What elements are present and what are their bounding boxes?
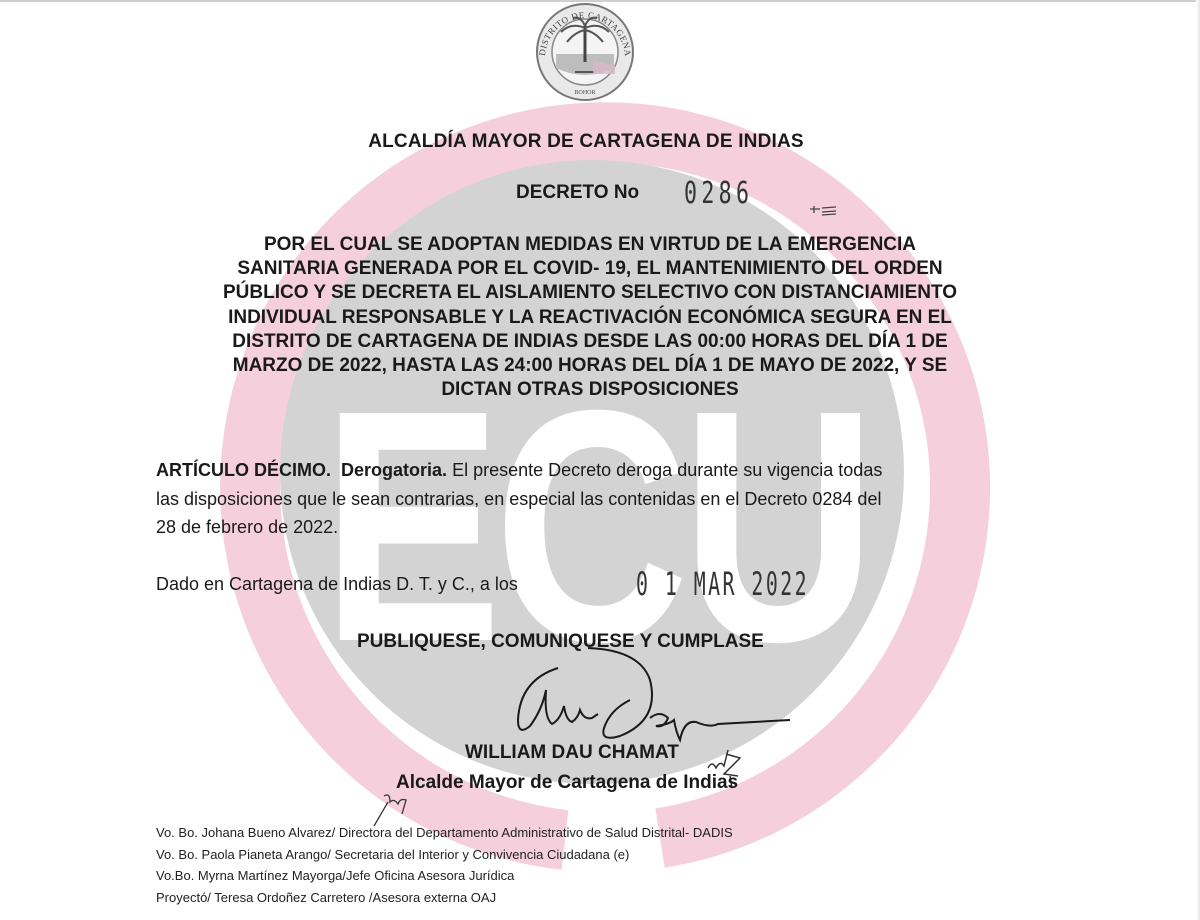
article-text: El presente Decreto deroga durante su vi…: [452, 460, 882, 480]
date-stamp: 0 1 MAR 2022: [636, 565, 809, 603]
article-decimo: ARTÍCULO DÉCIMO. Derogatoria. El present…: [156, 456, 1036, 542]
decree-subject: POR EL CUAL SE ADOPTAN MEDIDAS EN VIRTUD…: [160, 233, 1020, 402]
article-text: las disposiciones que le sean contrarias…: [156, 485, 1036, 514]
approval-line: Vo.Bo. Myrna Martínez Mayorga/Jefe Ofici…: [156, 865, 733, 887]
subject-line: PÚBLICO Y SE DECRETA EL AISLAMIENTO SELE…: [160, 281, 1020, 305]
signer-name: WILLIAM DAU CHAMAT: [465, 742, 679, 764]
article-text: 28 de febrero de 2022.: [156, 513, 1036, 542]
article-heading: ARTÍCULO DÉCIMO.: [156, 460, 331, 480]
subject-line: INDIVIDUAL RESPONSABLE Y LA REACTIVACIÓN…: [160, 306, 1020, 330]
page-right-edge: [1196, 0, 1200, 920]
organization-title: ALCALDÍA MAYOR DE CARTAGENA DE INDIAS: [0, 131, 1172, 153]
decree-number: 0286: [684, 176, 753, 211]
signer-title: Alcalde Mayor de Cartagena de Indias: [396, 772, 738, 794]
signature: [500, 640, 800, 750]
subject-line: MARZO DE 2022, HASTA LAS 24:00 HORAS DEL…: [160, 354, 1020, 378]
subject-line: SANITARIA GENERADA POR EL COVID- 19, EL …: [160, 257, 1020, 281]
decree-label: DECRETO No: [516, 182, 639, 204]
approval-line: Vo. Bo. Paola Pianeta Arango/ Secretaria…: [156, 844, 733, 866]
approval-line: Vo. Bo. Johana Bueno Alvarez/ Directora …: [156, 822, 733, 844]
approval-line: Proyectó/ Teresa Ordoñez Carretero /Ases…: [156, 887, 733, 909]
article-title: Derogatoria.: [341, 460, 447, 480]
svg-text:BOHOR: BOHOR: [574, 90, 595, 96]
handwritten-mark: [808, 203, 838, 217]
city-seal: DISTRITO DE CARTAGENA DE INDIAS BOHOR: [531, 2, 639, 102]
given-in-text: Dado en Cartagena de Indias D. T. y C., …: [156, 574, 518, 595]
subject-line: POR EL CUAL SE ADOPTAN MEDIDAS EN VIRTUD…: [160, 233, 1020, 257]
subject-line: DICTAN OTRAS DISPOSICIONES: [160, 378, 1020, 402]
subject-line: DISTRITO DE CARTAGENA DE INDIAS DESDE LA…: [160, 330, 1020, 354]
approvals-list: Vo. Bo. Johana Bueno Alvarez/ Directora …: [156, 822, 733, 908]
